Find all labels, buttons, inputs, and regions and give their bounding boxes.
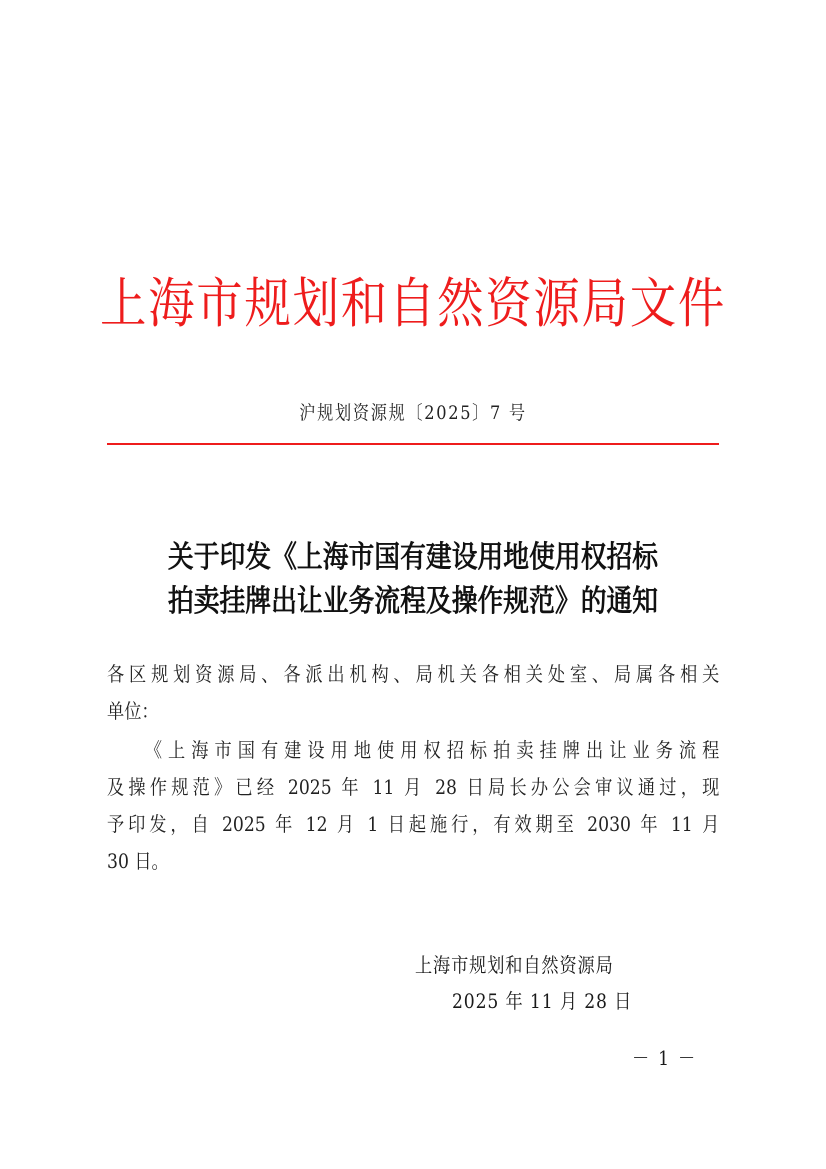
paragraph-line-3: 予印发，自 2025 年 12 月 1 日起施行，有效期至 2030 年 11 … (107, 806, 719, 843)
addressee-line-1: 各区规划资源局、各派出机构、局机关各相关处室、局属各相关 (107, 656, 719, 693)
body-paragraph: 《上海市国有建设用地使用权招标拍卖挂牌出让业务流程 及操作规范》已经 2025 … (107, 732, 719, 880)
paragraph-line-1: 《上海市国有建设用地使用权招标拍卖挂牌出让业务流程 (107, 732, 719, 769)
notice-title-line-1: 关于印发《上海市国有建设用地使用权招标 (58, 536, 768, 580)
signature-date: 2025 年 11 月 28 日 (452, 983, 632, 1020)
page-number: － 1 － (632, 1043, 697, 1073)
addressee-line-2: 单位： (107, 693, 719, 730)
issuer-title: 上海市规划和自然资源局文件 (58, 268, 768, 340)
notice-title-line-2: 拍卖挂牌出让业务流程及操作规范》的通知 (58, 580, 768, 624)
signature-organization: 上海市规划和自然资源局 (415, 947, 614, 984)
addressee: 各区规划资源局、各派出机构、局机关各相关处室、局属各相关 单位： (107, 656, 719, 730)
notice-title: 关于印发《上海市国有建设用地使用权招标 拍卖挂牌出让业务流程及操作规范》的通知 (0, 536, 826, 624)
document-number: 沪规划资源规〔2025〕7 号 (62, 398, 764, 428)
red-divider-rule (107, 443, 719, 445)
paragraph-line-2: 及操作规范》已经 2025 年 11 月 28 日局长办公会审议通过，现 (107, 769, 719, 806)
paragraph-line-4: 30 日。 (107, 843, 719, 880)
